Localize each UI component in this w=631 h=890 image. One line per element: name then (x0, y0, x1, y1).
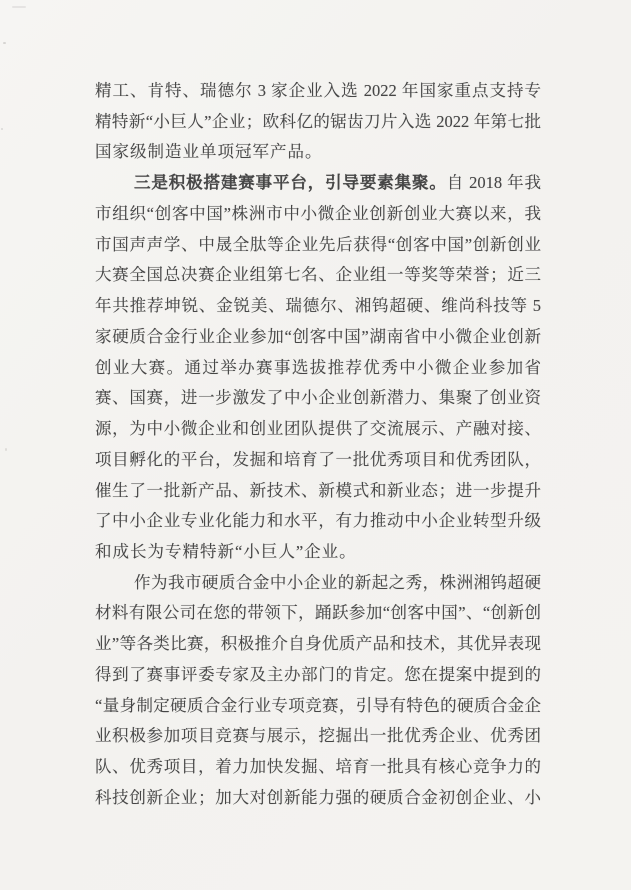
scan-speck (5, 448, 7, 451)
text-line: 国家级制造业单项冠军产品。 (95, 137, 541, 168)
text-line: 大赛全国总决赛企业组第七名、企业组一等奖等荣誉；近三 (95, 260, 541, 291)
text-line: 市国声声学、中晟全肽等企业先后获得“创客中国”创新创业 (95, 230, 541, 261)
bold-lead-phrase: 三是积极搭建赛事平台，引导要素集聚。 (134, 174, 447, 192)
text-line: 源，为中小微企业和创业团队提供了交流展示、产融对接、 (95, 414, 541, 445)
line-text: 自 2018 年我 (447, 173, 541, 192)
text-line: 三是积极搭建赛事平台，引导要素集聚。自 2018 年我 (95, 168, 541, 199)
scan-speck (1, 128, 3, 130)
text-line: 创业大赛。通过举办赛事选拔推荐优秀中小微企业参加省 (95, 353, 541, 384)
text-line: “量身制定硬质合金行业专项竞赛，引导有特色的硬质合金企 (95, 691, 541, 722)
text-line: 精工、肯特、瑞德尔 3 家企业入选 2022 年国家重点支持专 (95, 76, 541, 107)
text-line: 业”等各类比赛，积极推介自身优质产品和技术，其优异表现 (95, 629, 541, 660)
scan-speck (3, 42, 6, 44)
text-line: 项目孵化的平台，发掘和培育了一批优秀项目和优秀团队， (95, 445, 541, 476)
text-line: 年共推荐坤锐、金锐美、瑞德尔、湘钨超硬、维尚科技等 5 (95, 291, 541, 322)
document-body: 精工、肯特、瑞德尔 3 家企业入选 2022 年国家重点支持专 精特新“小巨人”… (95, 76, 541, 814)
scanned-page: 精工、肯特、瑞德尔 3 家企业入选 2022 年国家重点支持专 精特新“小巨人”… (0, 0, 631, 890)
text-line: 家硬质合金行业企业参加“创客中国”湖南省中小微企业创新 (95, 322, 541, 353)
text-line: 精特新“小巨人”企业；欧科亿的锯齿刀片入选 2022 年第七批 (95, 107, 541, 138)
text-line: 和成长为专精特新“小巨人”企业。 (95, 537, 541, 568)
scan-speck (12, 6, 26, 8)
text-line: 科技创新企业；加大对创新能力强的硬质合金初创企业、小 (95, 783, 541, 814)
text-line: 业积极参加项目竞赛与展示，挖掘出一批优秀企业、优秀团 (95, 721, 541, 752)
text-line: 赛、国赛，进一步激发了中小企业创新潜力、集聚了创业资 (95, 383, 541, 414)
text-line: 作为我市硬质合金中小企业的新起之秀，株洲湘钨超硬 (95, 568, 541, 599)
text-line: 市组织“创客中国”株洲市中小微企业创新创业大赛以来，我 (95, 199, 541, 230)
text-line: 了中小企业专业化能力和水平，有力推动中小企业转型升级 (95, 506, 541, 537)
text-line: 队、优秀项目，着力加快发掘、培育一批具有核心竞争力的 (95, 752, 541, 783)
text-line: 得到了赛事评委专家及主办部门的肯定。您在提案中提到的 (95, 660, 541, 691)
text-line: 催生了一批新产品、新技术、新模式和新业态；进一步提升 (95, 476, 541, 507)
text-line: 材料有限公司在您的带领下，踊跃参加“创客中国”、“创新创 (95, 598, 541, 629)
